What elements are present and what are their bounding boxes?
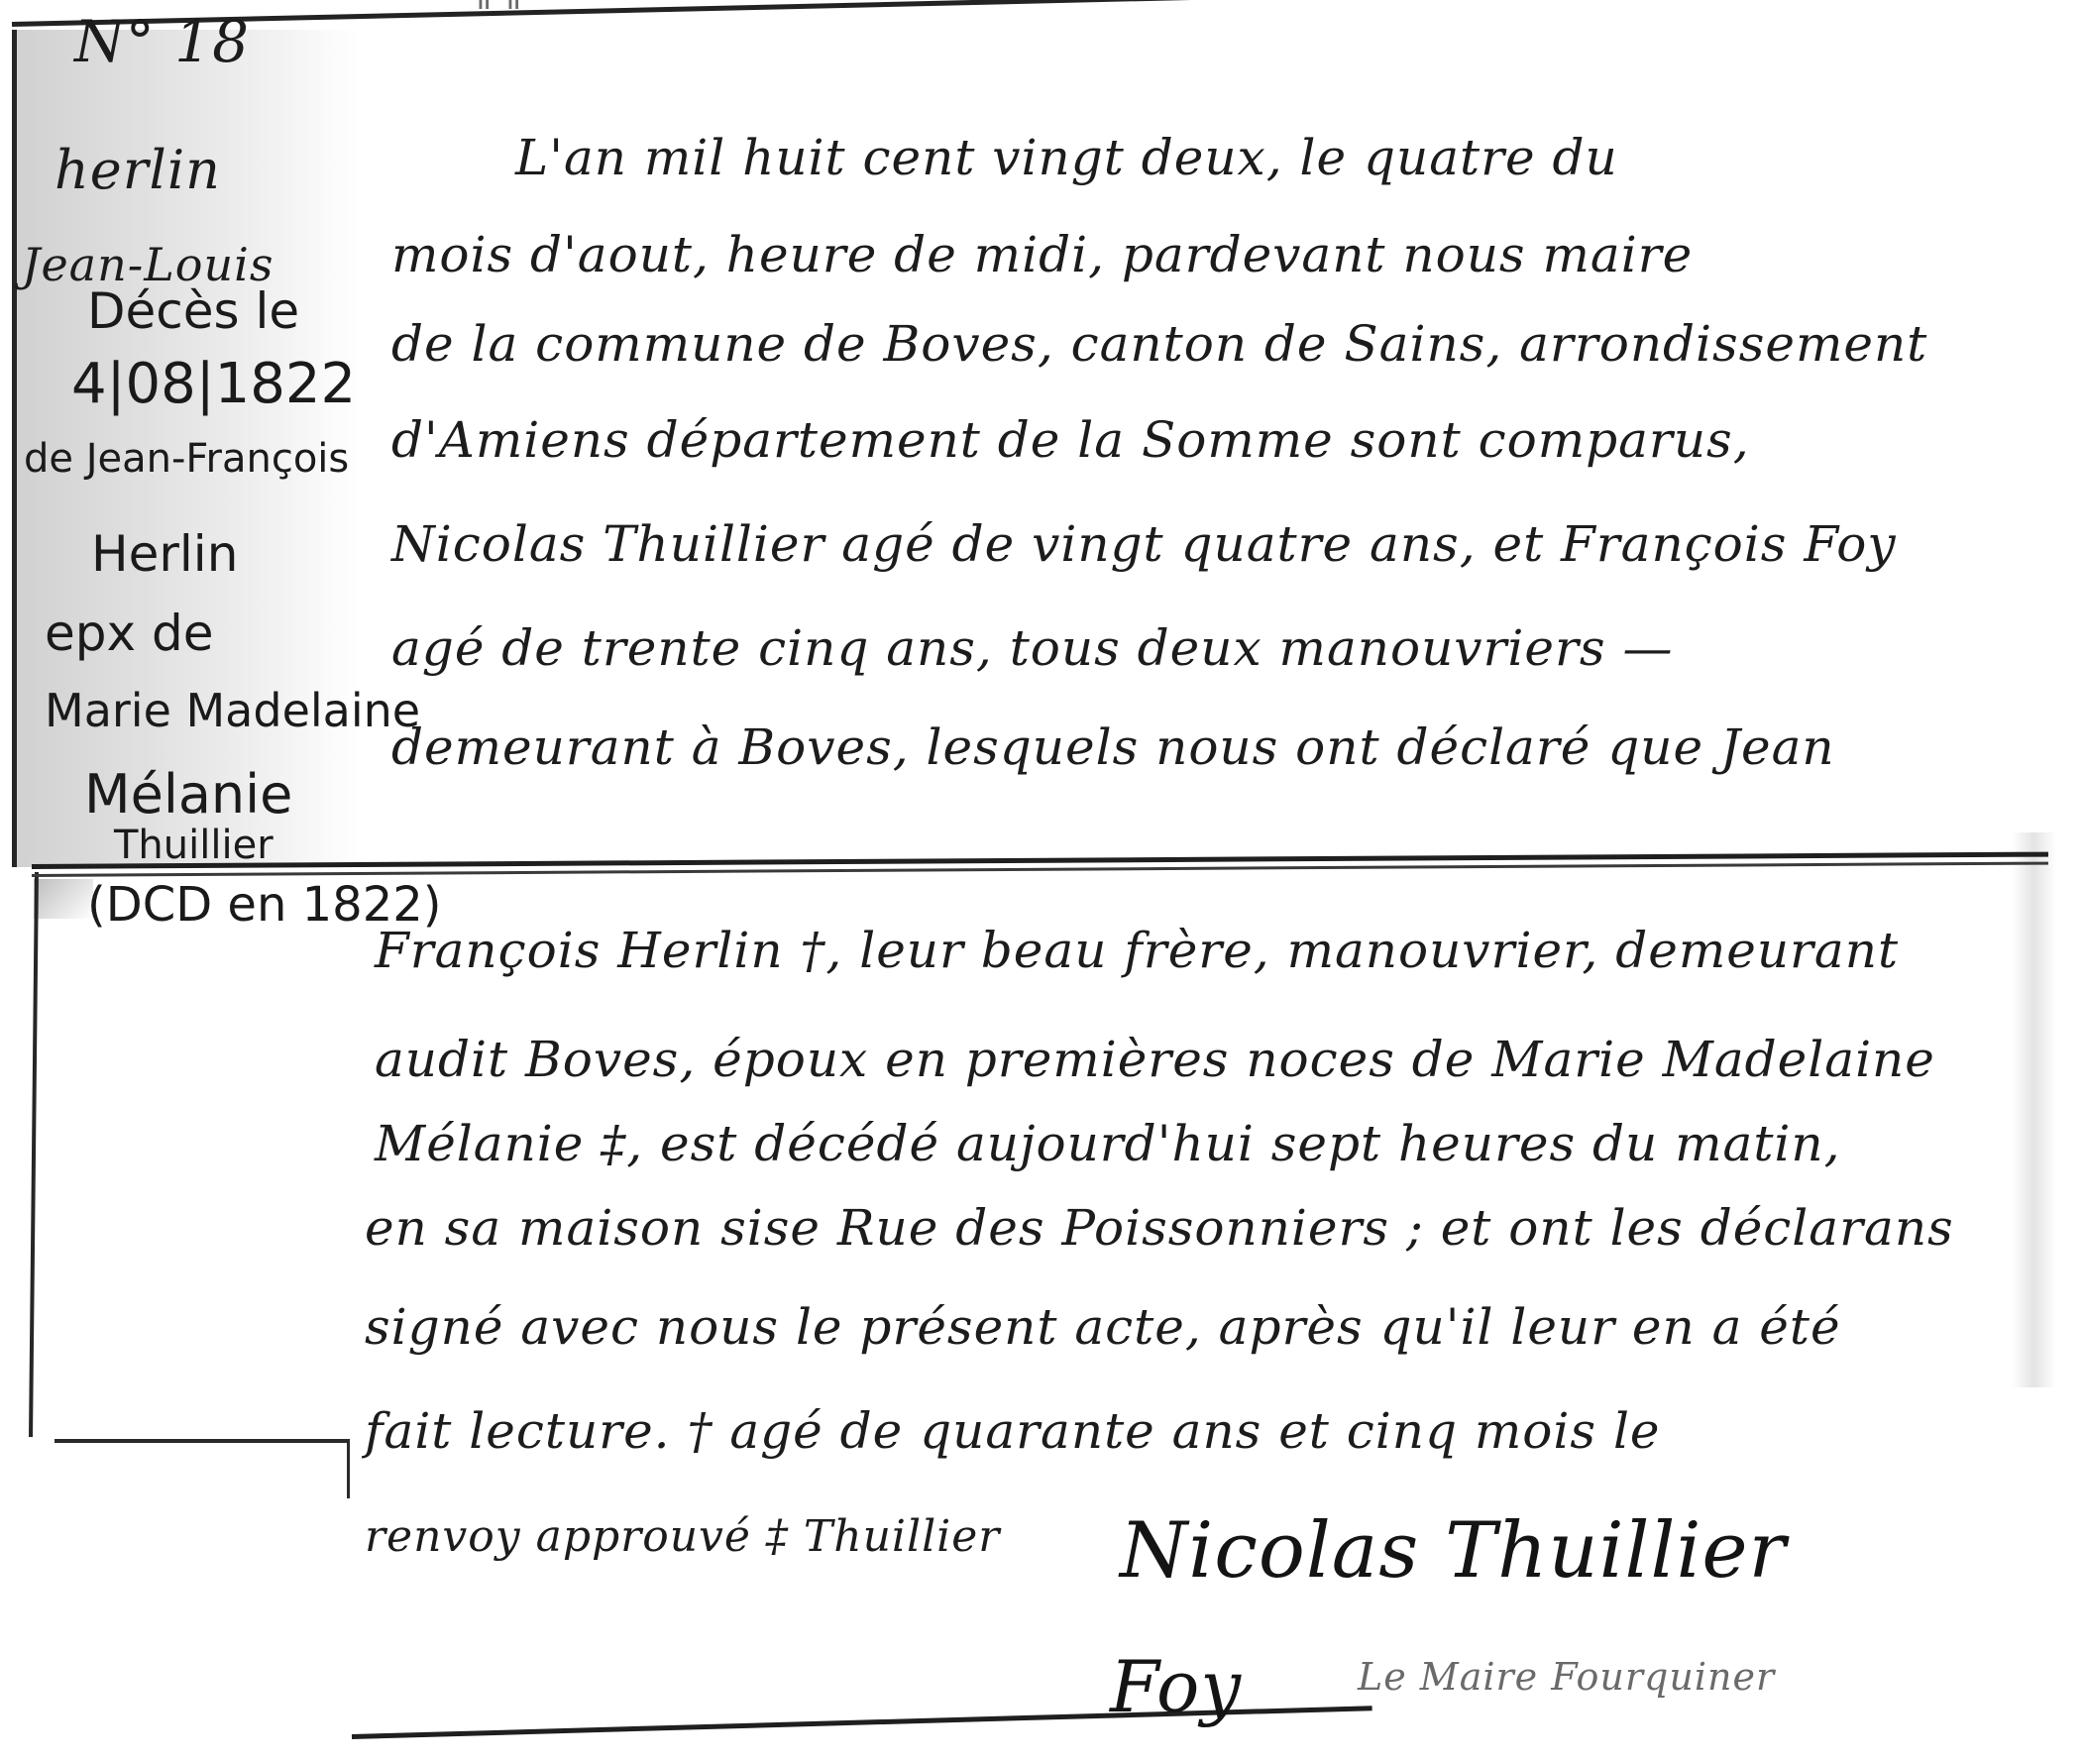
record-line-13: fait lecture. † agé de quarante ans et c… [365,1402,1661,1460]
margin-spouse-third-name: Mélanie [84,763,292,826]
entry-number: N° 18 [74,8,250,75]
page-left-edge-lower [29,872,39,1437]
page-left-edge-upper [12,30,17,867]
signature-mayor-faint: Le Maire Fourquiner [1358,1655,1775,1699]
margin-father-name: de Jean-François [24,436,349,482]
record-line-8: François Herlin †, leur beau frère, mano… [375,922,1899,979]
margin-surname: herlin [55,139,221,201]
margin-father-surname: Herlin [91,525,238,583]
record-line-11: en sa maison sise Rue des Poissonniers ;… [365,1199,1954,1257]
record-line-1: L'an mil huit cent vingt deux, le quatre… [515,129,1618,186]
margin-spouse-surname: Thuillier [114,823,274,868]
record-line-3: de la commune de Boves, canton de Sains,… [391,315,1927,373]
margin-death-date: 4|08|1822 [71,352,356,416]
record-line-9: audit Boves, époux en premières noces de… [375,1031,1935,1088]
record-line-5: Nicolas Thuillier agé de vingt quatre an… [391,515,1897,573]
signature-foy: Foy [1110,1645,1242,1728]
record-line-12: signé avec nous le présent acte, après q… [365,1298,1841,1356]
page-bottom-step-horizontal [55,1439,347,1443]
margin-spouse-label: epx de [45,605,213,662]
document-page: " " N° 18 herlin Jean-Louis Décès le 4|0… [0,0,2085,1764]
annotation-corner-shading [34,879,93,919]
margin-death-label: Décès le [87,282,299,340]
record-line-2: mois d'aout, heure de midi, pardevant no… [391,226,1693,283]
record-line-7: demeurant à Boves, lesquels nous ont déc… [391,718,1835,776]
previous-record-fragment: " " [476,0,523,35]
signature-nicolas-thuillier: Nicolas Thuillier [1120,1506,1787,1596]
margin-spouse-names: Marie Madelaine [45,684,420,737]
record-line-4: d'Amiens département de la Somme sont co… [391,411,1750,469]
right-edge-shading [2012,832,2056,1387]
page-bottom-step-vertical [347,1439,350,1498]
record-line-10: Mélanie ‡, est décédé aujourd'hui sept h… [375,1115,1841,1172]
record-line-14-renvoi: renvoy approuvé ‡ Thuillier [365,1511,1000,1562]
record-line-6: agé de trente cinq ans, tous deux manouv… [391,619,1673,677]
